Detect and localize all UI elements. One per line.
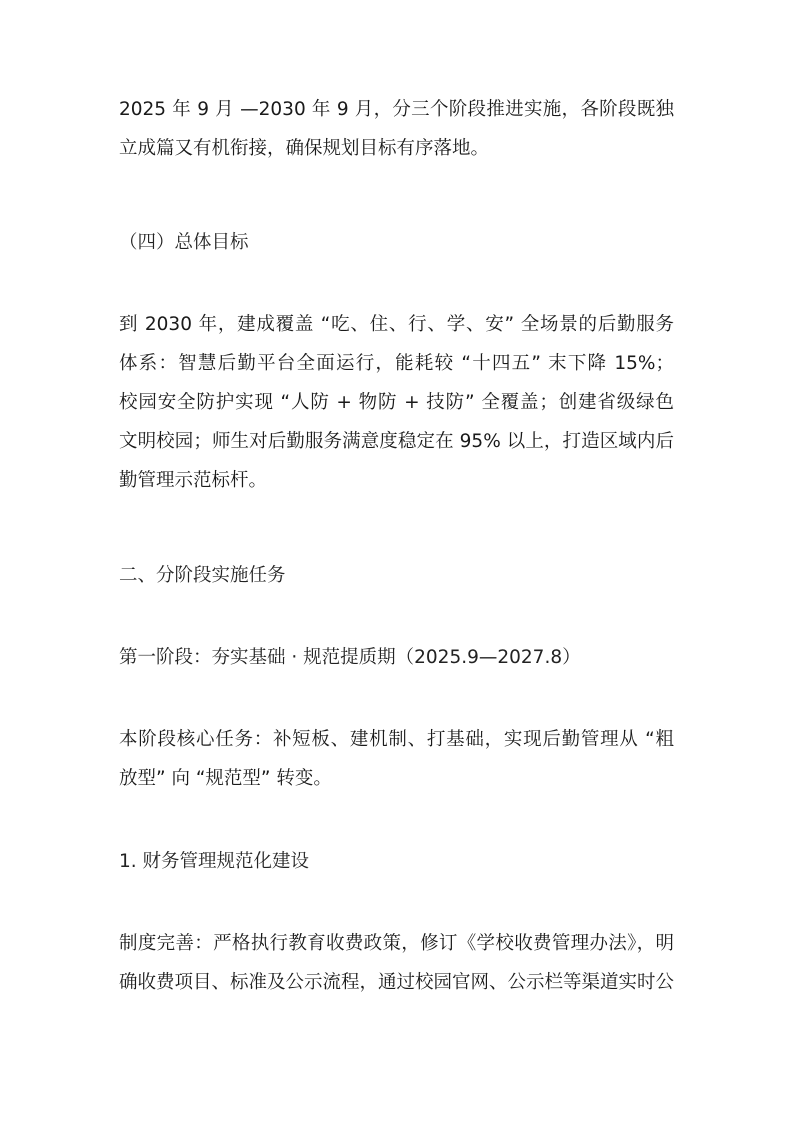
paragraph-system-improvement-line-1: 制度完善：严格执行教育收费政策，修订《学校收费管理办法》，明 [119,931,674,957]
paragraph-goals-line-4: 文明校园；师生对后勤服务满意度稳定在 95% 以上，打造区域内后 [119,429,674,455]
paragraph-implementation-period-line-1: 2025 年 9 月 —2030 年 9 月，分三个阶段推进实施，各阶段既独 [119,97,674,123]
paragraph-goals-line-3: 校园安全防护实现 “人防 + 物防 + 技防” 全覆盖；创建省级绿色 [119,390,674,416]
paragraph-implementation-period-line-2: 立成篇又有机衔接，确保规划目标有序落地。 [119,136,674,162]
paragraph-phase-one-core-task-line-1: 本阶段核心任务：补短板、建机制、打基础，实现后勤管理从 “粗 [119,727,674,753]
paragraph-system-improvement-line-2: 确收费项目、标准及公示流程，通过校园官网、公示栏等渠道实时公 [119,970,674,996]
heading-overall-goals: （四）总体目标 [119,230,674,256]
paragraph-goals-line-5: 勤管理示范标杆。 [119,468,674,494]
heading-financial-management: 1. 财务管理规范化建设 [119,849,674,875]
paragraph-phase-one-core-task-line-2: 放型” 向 “规范型” 转变。 [119,766,674,792]
paragraph-goals-line-2: 体系：智慧后勤平台全面运行，能耗较 “十四五” 末下降 15%； [119,351,674,377]
heading-phase-one: 第一阶段：夯实基础 · 规范提质期（2025.9—2027.8） [119,645,674,671]
heading-phased-tasks: 二、分阶段实施任务 [119,563,674,589]
paragraph-goals-line-1: 到 2030 年，建成覆盖 “吃、住、行、学、安” 全场景的后勤服务 [119,312,674,338]
